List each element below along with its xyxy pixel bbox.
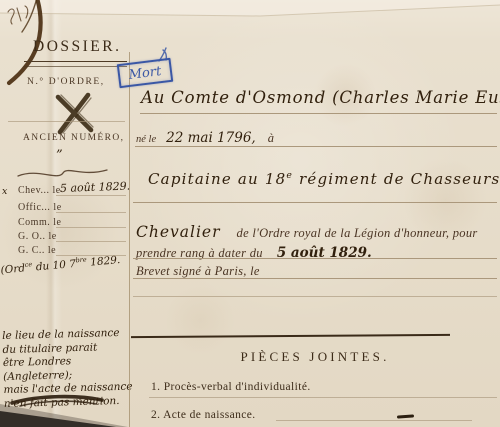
item-rule (149, 397, 497, 398)
paper-fold-highlight (0, 0, 500, 16)
grade-printed: de l'Ordre royal de la Légion d'honneur,… (237, 226, 478, 240)
num-ordre-rule (8, 121, 125, 122)
x-mark (58, 95, 91, 132)
ink-scribble (8, 6, 28, 24)
ordonnance-note-part: (Ord (0, 262, 25, 276)
piece-item-1: 1. Procès-verbal d'individualité. (151, 381, 311, 393)
x-mark-echo (61, 95, 93, 133)
grade-label-gc: G. C.. le (18, 245, 56, 256)
rank-text: Capitaine au 18 (148, 170, 286, 188)
piece-item-2: 2. Acte de naissance. (151, 409, 256, 421)
margin-note-line: n'en fait pas mention. (4, 394, 142, 411)
num-ordre-label: N.° D'ORDRE, (27, 77, 105, 87)
writing-line (133, 278, 497, 279)
ordonnance-note-part: du 10 7 (32, 258, 76, 274)
item-rule (276, 420, 472, 421)
photo-edge (0, 411, 116, 427)
squiggle-bracket (18, 170, 107, 176)
writing-line (133, 296, 497, 297)
ordonnance-note-part: 1829. (86, 254, 120, 269)
margin-note-line: être Londres (Angleterre); (3, 353, 142, 384)
birth-line: né le 22 mai 1796, à (136, 129, 274, 147)
grade-rule (56, 195, 126, 196)
writing-line (135, 146, 497, 147)
writing-line (133, 202, 497, 203)
recipient-name: Au Comte d'Osmond (Charles Marie Eustach… (141, 88, 500, 107)
grade-line: Chevalier de l'Ordre royal de la Légion … (136, 223, 478, 242)
grade-rule (56, 241, 126, 242)
pieces-jointes-title: PIÈCES JOINTES. (135, 349, 495, 365)
ink-flourish-hairline (22, 0, 37, 32)
paper-fold-line (0, 5, 500, 16)
writing-line (133, 258, 497, 259)
ink-dash (397, 414, 414, 418)
rank-line: Capitaine au 18e régiment de Chasseurs, (148, 170, 500, 188)
grade-value-chev: 5 août 1829. (60, 180, 131, 195)
column-divider (129, 52, 130, 427)
mort-stamp: Mort (117, 58, 174, 88)
ordonnance-note-sup: bre (75, 255, 87, 264)
mort-stamp-label: Mort (128, 64, 162, 83)
rank-text: régiment de Chasseurs, (293, 170, 500, 188)
grade-label-chev: Chev... le (18, 185, 61, 196)
birth-date: 22 mai 1796, (166, 130, 256, 146)
grade-label-go: G. O.. le (18, 231, 57, 242)
grade-label-comm: Comm. le (18, 217, 61, 228)
document-photo: DOSSIER. N.° D'ORDRE, ANCIEN NUMÉRO, ” x… (0, 0, 500, 427)
grade-handwritten: Chevalier (136, 223, 221, 241)
dossier-underline (24, 61, 127, 67)
grade-x-mark: x (2, 186, 7, 197)
birth-place-label: à (268, 131, 274, 145)
ancien-numero-label: ANCIEN NUMÉRO, (23, 133, 124, 143)
dossier-title: DOSSIER. (33, 38, 121, 56)
brevet-line: Brevet signé à Paris, le (136, 264, 260, 279)
grade-rule (56, 212, 126, 213)
margin-note: le lieu de la naissance du titulaire par… (2, 326, 142, 411)
writing-line (140, 113, 497, 114)
ordonnance-note: (Ordce du 10 7bre 1829. (0, 253, 121, 277)
grade-rule (56, 227, 126, 228)
section-rule (131, 334, 450, 338)
ancien-numero-value: ” (56, 148, 63, 163)
birth-label: né le (136, 134, 156, 145)
date-rank-line: prendre rang à dater du 5 août 1829. (136, 244, 372, 262)
